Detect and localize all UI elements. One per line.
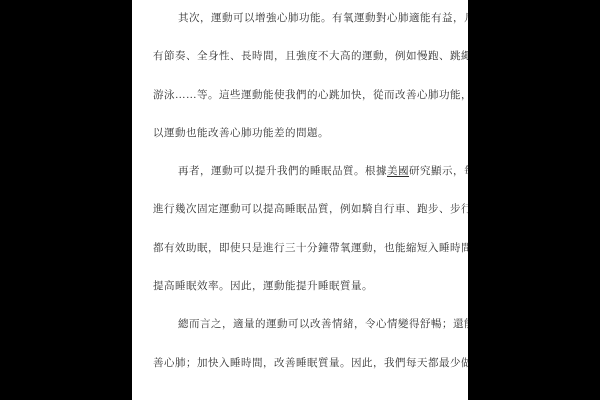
text-line-3: 游泳……等。這些運動能使我們的心跳加快，從而改善心肺功能，所 bbox=[153, 77, 447, 115]
document-text: 其次，運動可以增強心肺功能。有氧運動對心肺適能有益，凡是 有節奏、全身性、長時間… bbox=[153, 0, 447, 383]
text-line-1: 其次，運動可以增強心肺功能。有氧運動對心肺適能有益，凡是 bbox=[153, 0, 447, 38]
text-line-10: 善心肺；加快入睡時間，改善睡眠質量。因此，我們每天都最少做三 bbox=[153, 345, 447, 383]
text-line-7: 都有效助眠，即使只是進行三十分鐘帶氧運動，也能縮短入睡時間， bbox=[153, 230, 447, 268]
text-line-8: 提高睡眠效率。因此，運動能提升睡眠質量。 bbox=[153, 268, 447, 306]
text-line-5-post: 研究顯示，每週 bbox=[409, 166, 468, 177]
text-line-6: 進行幾次固定運動可以提高睡眠品質，例如騎自行車、跑步、步行等 bbox=[153, 191, 447, 229]
text-line-9: 總而言之，適量的運動可以改善情緒，令心情變得舒暢；還能改 bbox=[153, 306, 447, 344]
text-line-2: 有節奏、全身性、長時間，且強度不大高的運動，例如慢跑、跳繩、 bbox=[153, 38, 447, 76]
underlined-term: 美國 bbox=[387, 166, 409, 177]
text-line-5: 再者，運動可以提升我們的睡眠品質。根據美國研究顯示，每週 bbox=[153, 153, 447, 191]
screenshot-canvas: 其次，運動可以增強心肺功能。有氧運動對心肺適能有益，凡是 有節奏、全身性、長時間… bbox=[0, 0, 600, 400]
text-line-5-pre: 再者，運動可以提升我們的睡眠品質。根據 bbox=[178, 166, 387, 177]
text-line-4: 以運動也能改善心肺功能差的問題。 bbox=[153, 115, 447, 153]
document-page: 其次，運動可以增強心肺功能。有氧運動對心肺適能有益，凡是 有節奏、全身性、長時間… bbox=[132, 0, 468, 400]
